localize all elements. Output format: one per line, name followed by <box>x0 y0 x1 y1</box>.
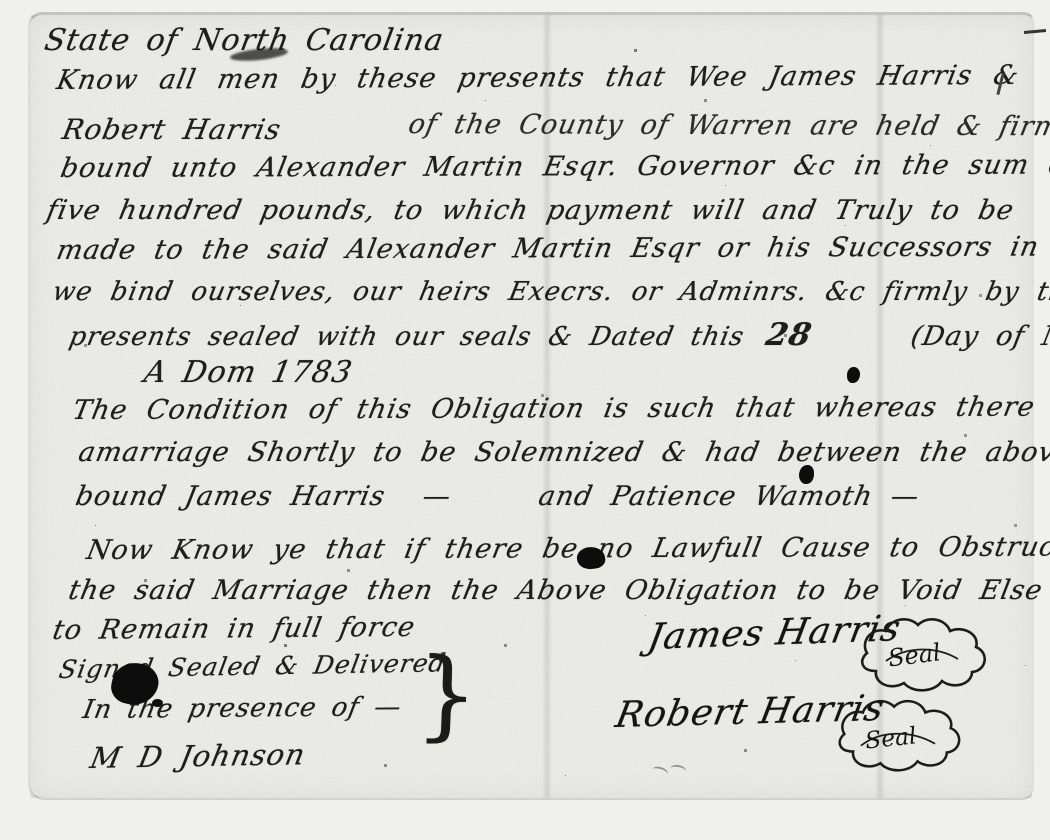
bondsman-name: Robert Harris <box>60 113 285 146</box>
ink-blot <box>152 699 163 707</box>
ink-blot <box>847 367 860 383</box>
year-line: A Dom 1783 <box>141 355 355 390</box>
text-line: of the County of Warren are held & firml… <box>406 109 1050 142</box>
couple-names-line: bound James Harris — and Patience Wamoth… <box>73 481 922 512</box>
dash-mark: — <box>420 481 454 512</box>
seal-icon: Seal <box>820 691 976 775</box>
pencil-squiggle <box>651 765 669 779</box>
text-segment: (Day of Novr <box>908 321 1050 352</box>
stray-pen-mark <box>1024 29 1046 34</box>
seal-icon: Seal <box>842 609 1002 695</box>
text-line: we bind ourselves, our heirs Execrs. or … <box>50 277 1050 307</box>
text-line: the said Marriage then the Above Obligat… <box>66 575 1046 606</box>
text-line: to Remain in full force <box>50 612 418 646</box>
seal-label: Seal <box>864 721 918 754</box>
bond-day-number: 28 <box>763 317 815 353</box>
scanned-document-page: { "page": { "background_color": "#f0f0ed… <box>0 0 1050 840</box>
groom-name: bound James Harris <box>73 481 388 512</box>
paper-speckles <box>30 15 31 16</box>
text-line: amarriage Shortly to be Solemnized & had… <box>76 437 1050 468</box>
text-line: five hundred pounds, to which payment wi… <box>44 195 1017 226</box>
witness-brace: } <box>414 637 481 753</box>
seal-label: Seal <box>887 638 943 672</box>
text-line: bound unto Alexander Martin Esqr. Govern… <box>58 149 1050 184</box>
ink-blot <box>799 465 814 484</box>
text-line: made to the said Alexander Martin Esqr o… <box>54 231 1050 266</box>
witness-signature-md-johnson: M D Johnson <box>87 737 308 775</box>
bride-name: and Patience Wamoth — <box>536 481 922 512</box>
document-paper: State of North Carolina Know all men by … <box>28 12 1034 800</box>
text-segment: presents sealed with our seals & Dated t… <box>67 322 747 352</box>
text-line: The Condition of this Obligation is such… <box>70 391 1050 426</box>
text-line: Know all men by these presents that Wee … <box>54 60 1022 96</box>
date-line: presents sealed with our seals & Dated t… <box>67 317 1050 353</box>
pencil-squiggle <box>669 764 686 777</box>
text-line: Now Know ye that if there be no Lawfull … <box>84 532 1050 566</box>
